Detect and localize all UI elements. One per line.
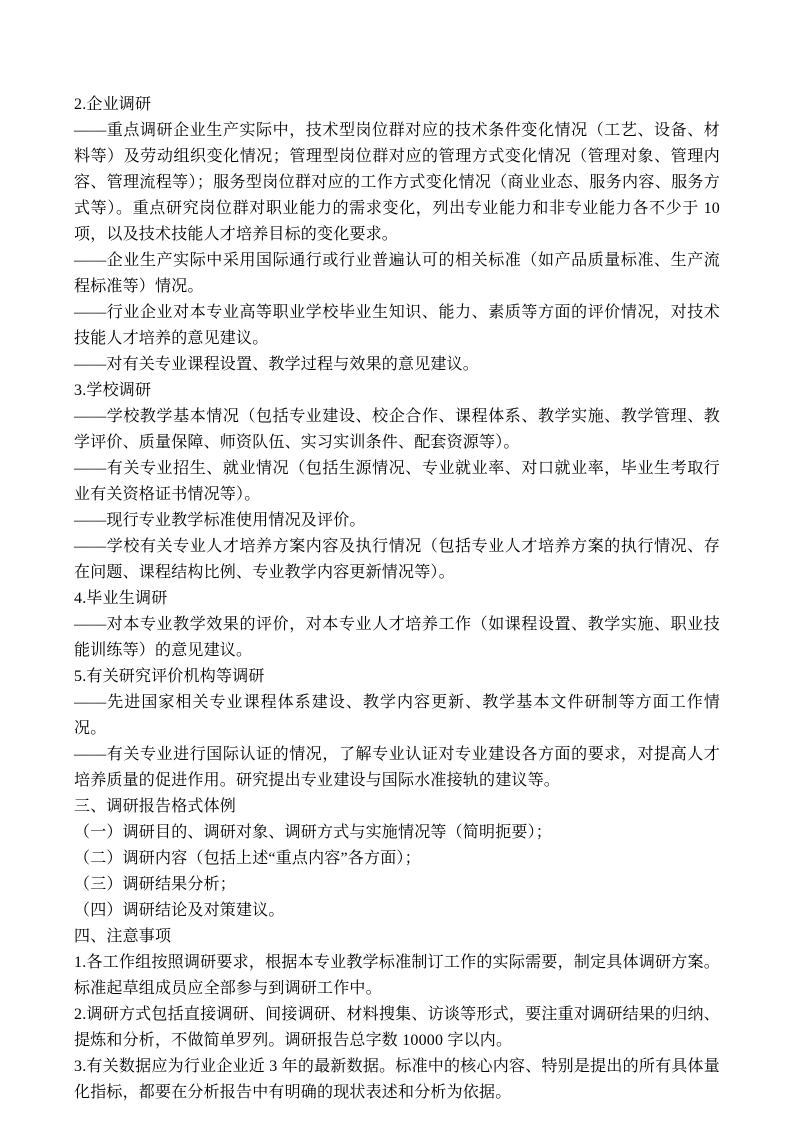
dash-paragraph: ——企业生产实际中采用国际通行或行业普遍认可的相关标准（如产品质量标准、生产流程… [74,248,720,300]
dash-paragraph: ——行业企业对本专业高等职业学校毕业生知识、能力、素质等方面的评价情况，对技术技… [74,300,720,352]
document-content: 2.企业调研——重点调研企业生产实际中，技术型岗位群对应的技术条件变化情况（工艺… [74,92,720,1106]
numbered-heading: 5.有关研究评价机构等调研 [74,664,720,690]
section-heading: 四、注意事项 [74,924,720,950]
numbered-heading: 4.毕业生调研 [74,586,720,612]
dash-paragraph: ——有关专业进行国际认证的情况，了解专业认证对专业建设各方面的要求，对提高人才培… [74,742,720,794]
list-item: （四）调研结论及对策建议。 [74,898,720,924]
dash-paragraph: ——重点调研企业生产实际中，技术型岗位群对应的技术条件变化情况（工艺、设备、材料… [74,118,720,248]
document-page: 2.企业调研——重点调研企业生产实际中，技术型岗位群对应的技术条件变化情况（工艺… [0,0,793,1122]
list-item: （二）调研内容（包括上述“重点内容”各方面）； [74,846,720,872]
note-paragraph: 3.有关数据应为行业企业近 3 年的最新数据。标准中的核心内容、特别是提出的所有… [74,1054,720,1106]
note-paragraph: 1.各工作组按照调研要求，根据本专业教学标准制订工作的实际需要，制定具体调研方案… [74,950,720,1002]
dash-paragraph: ——对本专业教学效果的评价，对本专业人才培养工作（如课程设置、教学实施、职业技能… [74,612,720,664]
numbered-heading: 3.学校调研 [74,378,720,404]
dash-paragraph: ——对有关专业课程设置、教学过程与效果的意见建议。 [74,352,720,378]
dash-paragraph: ——学校有关专业人才培养方案内容及执行情况（包括专业人才培养方案的执行情况、存在… [74,534,720,586]
section-heading: 三、调研报告格式体例 [74,794,720,820]
dash-paragraph: ——现行专业教学标准使用情况及评价。 [74,508,720,534]
list-item: （一）调研目的、调研对象、调研方式与实施情况等（简明扼要）； [74,820,720,846]
numbered-heading: 2.企业调研 [74,92,720,118]
dash-paragraph: ——先进国家相关专业课程体系建设、教学内容更新、教学基本文件研制等方面工作情况。 [74,690,720,742]
list-item: （三）调研结果分析； [74,872,720,898]
dash-paragraph: ——有关专业招生、就业情况（包括生源情况、专业就业率、对口就业率，毕业生考取行业… [74,456,720,508]
dash-paragraph: ——学校教学基本情况（包括专业建设、校企合作、课程体系、教学实施、教学管理、教学… [74,404,720,456]
note-paragraph: 2.调研方式包括直接调研、间接调研、材料搜集、访谈等形式，要注重对调研结果的归纳… [74,1002,720,1054]
